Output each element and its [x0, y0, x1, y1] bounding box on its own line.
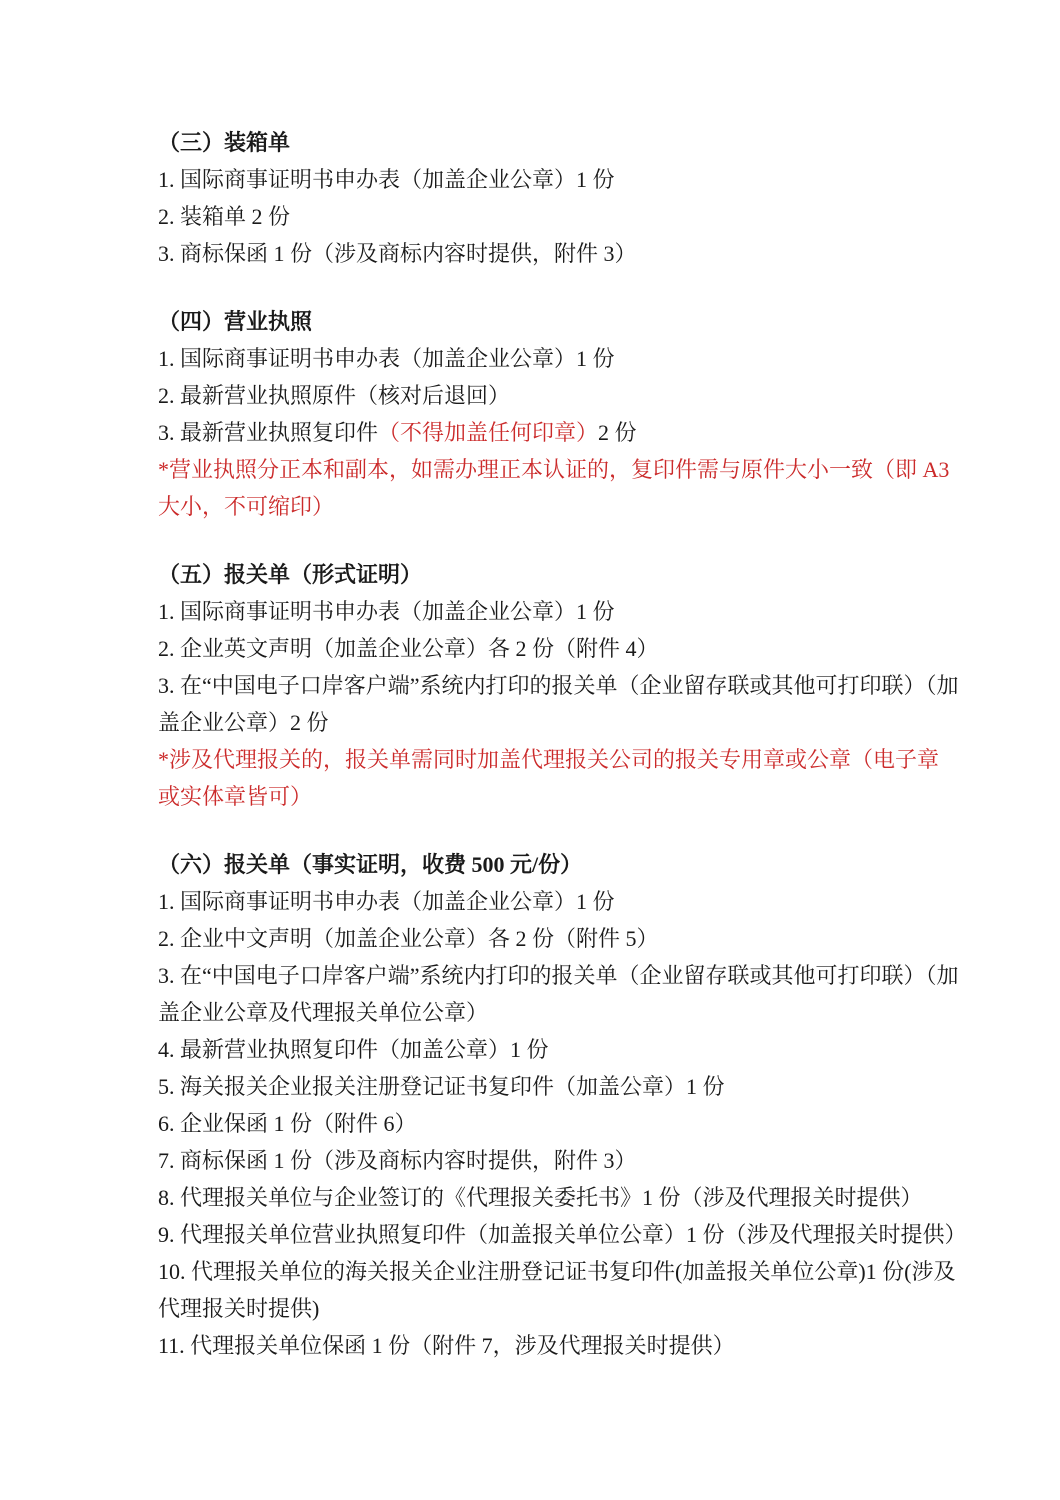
text-run: 11. 代理报关单位保函 1 份（附件 7，涉及代理报关时提供）	[158, 1333, 735, 1358]
document-section: （六）报关单（事实证明，收费 500 元/份）1. 国际商事证明书申办表（加盖企…	[158, 846, 960, 1364]
text-run: 2. 企业中文声明（加盖企业公章）各 2 份（附件 5）	[158, 926, 659, 951]
list-item: 10. 代理报关单位的海关报关企业注册登记证书复印件(加盖报关单位公章)1 份(…	[158, 1253, 960, 1327]
text-run: 6. 企业保函 1 份（附件 6）	[158, 1111, 417, 1136]
list-item: 2. 装箱单 2 份	[158, 198, 960, 235]
note-paragraph: *营业执照分正本和副本，如需办理正本认证的，复印件需与原件大小一致（即 A3 大…	[158, 451, 960, 525]
section-heading: （五）报关单（形式证明）	[158, 556, 960, 593]
note-paragraph: *涉及代理报关的，报关单需同时加盖代理报关公司的报关专用章或公章（电子章或实体章…	[158, 741, 960, 815]
section-heading: （六）报关单（事实证明，收费 500 元/份）	[158, 846, 960, 883]
text-run: 1. 国际商事证明书申办表（加盖企业公章）1 份	[158, 346, 615, 371]
text-run: 2. 最新营业执照原件（核对后退回）	[158, 383, 510, 408]
text-run: 10. 代理报关单位的海关报关企业注册登记证书复印件(加盖报关单位公章)1 份(…	[158, 1259, 955, 1321]
list-item: 1. 国际商事证明书申办表（加盖企业公章）1 份	[158, 593, 960, 630]
text-run: 2. 企业英文声明（加盖企业公章）各 2 份（附件 4）	[158, 636, 659, 661]
list-item: 4. 最新营业执照复印件（加盖公章）1 份	[158, 1031, 960, 1068]
list-item: 3. 商标保函 1 份（涉及商标内容时提供，附件 3）	[158, 235, 960, 272]
text-run: 1. 国际商事证明书申办表（加盖企业公章）1 份	[158, 167, 615, 192]
text-run: 9. 代理报关单位营业执照复印件（加盖报关单位公章）1 份（涉及代理报关时提供）	[158, 1222, 967, 1247]
list-item: 8. 代理报关单位与企业签订的《代理报关委托书》1 份（涉及代理报关时提供）	[158, 1179, 960, 1216]
text-run: （不得加盖任何印章）	[378, 420, 598, 445]
list-item: 1. 国际商事证明书申办表（加盖企业公章）1 份	[158, 340, 960, 377]
text-run: *涉及代理报关的，报关单需同时加盖代理报关公司的报关专用章或公章（电子章或实体章…	[158, 747, 939, 809]
list-item: 3. 在“中国电子口岸客户端”系统内打印的报关单（企业留存联或其他可打印联）（加…	[158, 667, 960, 741]
document-section: （四）营业执照1. 国际商事证明书申办表（加盖企业公章）1 份2. 最新营业执照…	[158, 303, 960, 525]
list-item: 1. 国际商事证明书申办表（加盖企业公章）1 份	[158, 883, 960, 920]
list-item: 9. 代理报关单位营业执照复印件（加盖报关单位公章）1 份（涉及代理报关时提供）	[158, 1216, 960, 1253]
list-item: 7. 商标保函 1 份（涉及商标内容时提供，附件 3）	[158, 1142, 960, 1179]
section-heading: （三）装箱单	[158, 124, 960, 161]
text-run: 8. 代理报关单位与企业签订的《代理报关委托书》1 份（涉及代理报关时提供）	[158, 1185, 923, 1210]
text-run: *营业执照分正本和副本，如需办理正本认证的，复印件需与原件大小一致（即 A3 大…	[158, 457, 949, 519]
text-run: 5. 海关报关企业报关注册登记证书复印件（加盖公章）1 份	[158, 1074, 725, 1099]
text-run: 3. 在“中国电子口岸客户端”系统内打印的报关单（企业留存联或其他可打印联）（加…	[158, 963, 959, 1025]
list-item: 3. 在“中国电子口岸客户端”系统内打印的报关单（企业留存联或其他可打印联）（加…	[158, 957, 960, 1031]
document-page: （三）装箱单1. 国际商事证明书申办表（加盖企业公章）1 份2. 装箱单 2 份…	[0, 0, 1060, 1500]
text-run: 7. 商标保函 1 份（涉及商标内容时提供，附件 3）	[158, 1148, 637, 1173]
list-item: 2. 企业中文声明（加盖企业公章）各 2 份（附件 5）	[158, 920, 960, 957]
list-item: 5. 海关报关企业报关注册登记证书复印件（加盖公章）1 份	[158, 1068, 960, 1105]
list-item: 1. 国际商事证明书申办表（加盖企业公章）1 份	[158, 161, 960, 198]
list-item: 2. 最新营业执照原件（核对后退回）	[158, 377, 960, 414]
document-content: （三）装箱单1. 国际商事证明书申办表（加盖企业公章）1 份2. 装箱单 2 份…	[158, 124, 960, 1364]
document-section: （五）报关单（形式证明）1. 国际商事证明书申办表（加盖企业公章）1 份2. 企…	[158, 556, 960, 815]
text-run: 4. 最新营业执照复印件（加盖公章）1 份	[158, 1037, 549, 1062]
section-heading: （四）营业执照	[158, 303, 960, 340]
text-run: 3. 最新营业执照复印件	[158, 420, 378, 445]
text-run: 2. 装箱单 2 份	[158, 204, 290, 229]
document-section: （三）装箱单1. 国际商事证明书申办表（加盖企业公章）1 份2. 装箱单 2 份…	[158, 124, 960, 272]
text-run: 1. 国际商事证明书申办表（加盖企业公章）1 份	[158, 889, 615, 914]
list-item: 2. 企业英文声明（加盖企业公章）各 2 份（附件 4）	[158, 630, 960, 667]
list-item: 6. 企业保函 1 份（附件 6）	[158, 1105, 960, 1142]
text-run: 3. 商标保函 1 份（涉及商标内容时提供，附件 3）	[158, 241, 637, 266]
text-run: 3. 在“中国电子口岸客户端”系统内打印的报关单（企业留存联或其他可打印联）（加…	[158, 673, 959, 735]
list-item: 3. 最新营业执照复印件（不得加盖任何印章）2 份	[158, 414, 960, 451]
text-run: 2 份	[598, 420, 637, 445]
text-run: 1. 国际商事证明书申办表（加盖企业公章）1 份	[158, 599, 615, 624]
list-item: 11. 代理报关单位保函 1 份（附件 7，涉及代理报关时提供）	[158, 1327, 960, 1364]
